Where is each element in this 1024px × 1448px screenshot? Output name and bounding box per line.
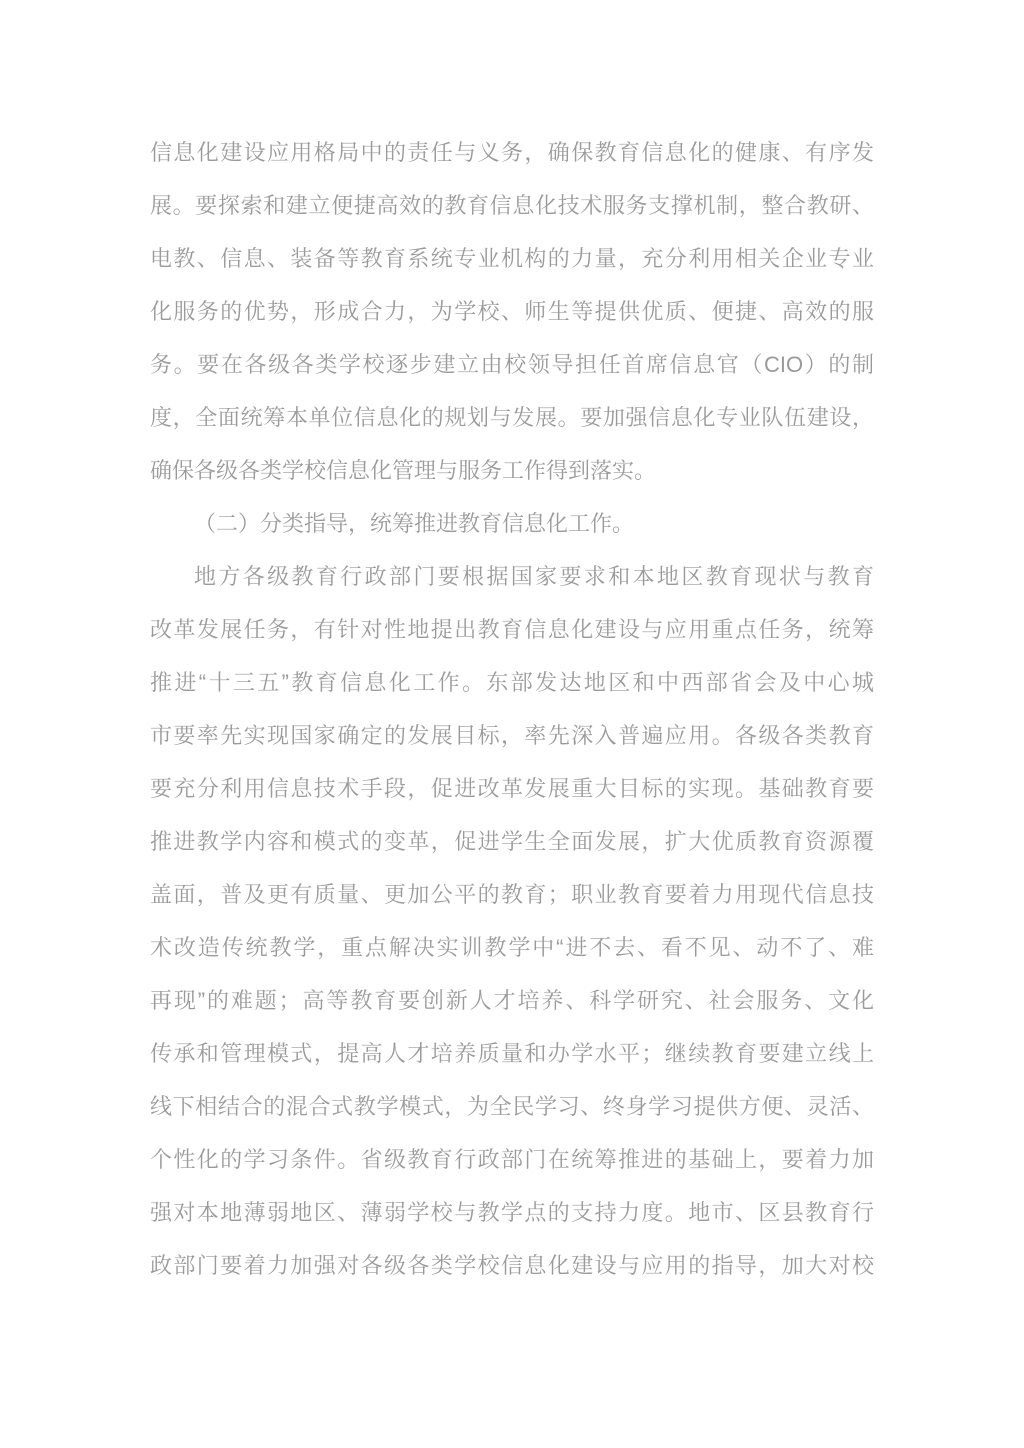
- paragraph-continued: 信息化建设应用格局中的责任与义务，确保教育信息化的健康、有序发 展。要探索和建立…: [150, 126, 874, 497]
- paragraph-body: 地方各级教育行政部门要根据国家要求和本地区教育现状与教育 改革发展任务，有针对性…: [150, 550, 874, 1292]
- text-line: 度，全面统筹本单位信息化的规划与发展。要加强信息化专业队伍建设，: [150, 391, 874, 444]
- text-line: 推进教学内容和模式的变革，促进学生全面发展，扩大优质教育资源覆: [150, 815, 874, 868]
- text-line: 再现”的难题；高等教育要创新人才培养、科学研究、社会服务、文化: [150, 974, 874, 1027]
- text-line: 信息化建设应用格局中的责任与义务，确保教育信息化的健康、有序发: [150, 126, 874, 179]
- text-line: 化服务的优势，形成合力，为学校、师生等提供优质、便捷、高效的服: [150, 285, 874, 338]
- text-line: 电教、信息、装备等教育系统专业机构的力量，充分利用相关企业专业: [150, 232, 874, 285]
- text-line: 地方各级教育行政部门要根据国家要求和本地区教育现状与教育: [150, 550, 874, 603]
- text-line: 务。要在各级各类学校逐步建立由校领导担任首席信息官（CIO）的制: [150, 338, 874, 391]
- text-line: 传承和管理模式，提高人才培养质量和办学水平；继续教育要建立线上: [150, 1027, 874, 1080]
- text-line: 展。要探索和建立便捷高效的教育信息化技术服务支撑机制，整合教研、: [150, 179, 874, 232]
- text-line: 个性化的学习条件。省级教育行政部门在统筹推进的基础上，要着力加: [150, 1133, 874, 1186]
- text-line: 推进“十三五”教育信息化工作。东部发达地区和中西部省会及中心城: [150, 656, 874, 709]
- text-line: 术改造传统教学，重点解决实训教学中“进不去、看不见、动不了、难: [150, 921, 874, 974]
- text-line: 线下相结合的混合式教学模式，为全民学习、终身学习提供方便、灵活、: [150, 1080, 874, 1133]
- text-line: 政部门要着力加强对各级各类学校信息化建设与应用的指导，加大对校: [150, 1239, 874, 1292]
- text-line: 改革发展任务，有针对性地提出教育信息化建设与应用重点任务，统筹: [150, 603, 874, 656]
- section-heading-line: （二）分类指导，统筹推进教育信息化工作。: [150, 497, 874, 550]
- text-line: 市要率先实现国家确定的发展目标，率先深入普遍应用。各级各类教育: [150, 709, 874, 762]
- section-heading: （二）分类指导，统筹推进教育信息化工作。: [150, 497, 874, 550]
- text-line: 盖面，普及更有质量、更加公平的教育；职业教育要着力用现代信息技: [150, 868, 874, 921]
- text-line: 强对本地薄弱地区、薄弱学校与教学点的支持力度。地市、区县教育行: [150, 1186, 874, 1239]
- text-line: 确保各级各类学校信息化管理与服务工作得到落实。: [150, 444, 874, 497]
- text-line: 要充分利用信息技术手段，促进改革发展重大目标的实现。基础教育要: [150, 762, 874, 815]
- document-page: 信息化建设应用格局中的责任与义务，确保教育信息化的健康、有序发 展。要探索和建立…: [0, 0, 1024, 1448]
